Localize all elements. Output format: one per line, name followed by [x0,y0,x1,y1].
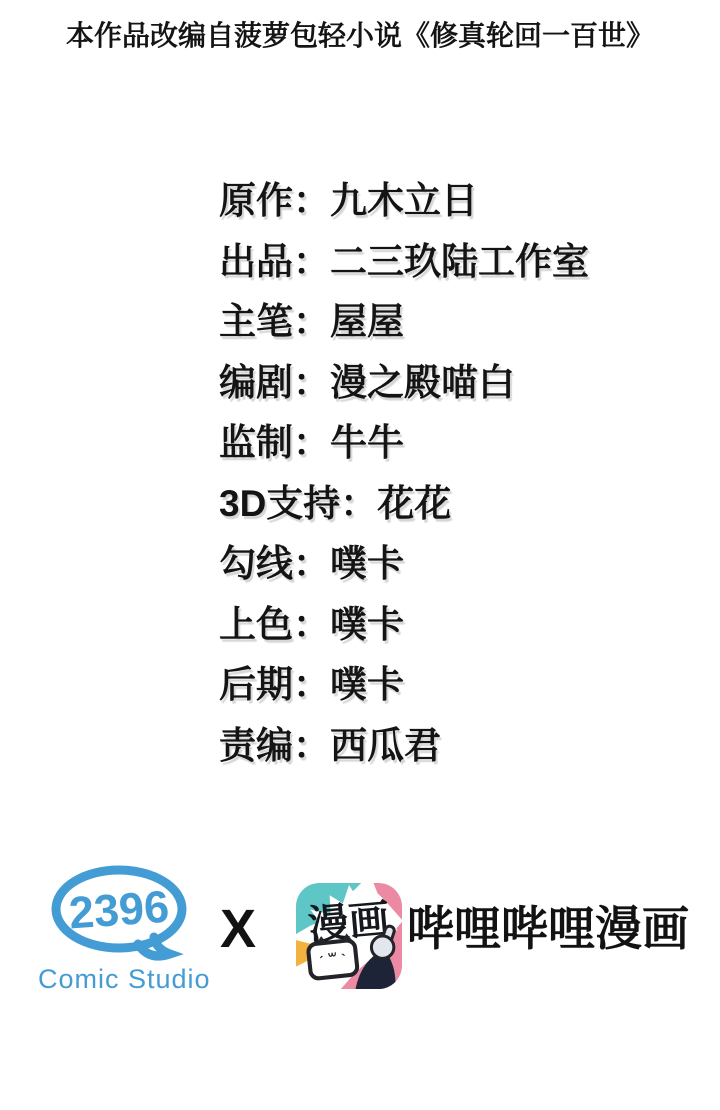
manga-badge-text: 漫画 [306,896,391,949]
credit-line-lead-artist: 主笔：屋屋 [219,292,589,353]
bilibili-manga-app-icon: 漫画 ´ ꒳ ` [296,883,402,989]
starburst-shape [306,885,398,969]
yellow-corner-shape [296,940,320,967]
credit-line-editor: 责编：西瓜君 [219,716,589,777]
credit-line-supervisor: 监制：牛牛 [219,413,589,474]
studio-2396-logo: 2396 [46,864,198,968]
teal-corner-shape [296,883,361,934]
studio-number: 2396 [67,881,170,939]
pink-top-corner-shape [373,883,402,920]
collab-x-separator: X [212,896,264,962]
thumbs-up-hand-icon [355,925,395,989]
credit-line-producer: 出品：二三玖陆工作室 [219,232,589,293]
credit-line-original-author: 原作：九木立日 [219,171,589,232]
pink-bottom-corner-shape [341,922,402,989]
bilibili-manga-wordmark: 哔哩哔哩漫画 [407,899,689,959]
credit-line-lineart: 勾线：噗卡 [219,534,589,595]
adaptation-notice: 本作品改编自菠萝包轻小说《修真轮回一百世》 [0,14,720,54]
comic-credits-page: 本作品改编自菠萝包轻小说《修真轮回一百世》 原作：九木立日 出品：二三玖陆工作室… [0,0,720,1110]
tv-robot-icon: ´ ꒳ ` [307,933,358,979]
credits-list: 原作：九木立日 出品：二三玖陆工作室 主笔：屋屋 编剧：漫之殿喵白 监制：牛牛 … [219,171,589,776]
credit-line-coloring: 上色：噗卡 [219,595,589,656]
credit-line-script: 编剧：漫之殿喵白 [219,353,589,414]
credit-line-postprocess: 后期：噗卡 [219,655,589,716]
tv-face: ´ ꒳ ` [319,951,347,969]
studio-caption: Comic Studio [38,964,206,995]
speech-bubble-icon [56,870,182,956]
credit-line-3d-support: 3D支持：花花 [219,474,589,535]
